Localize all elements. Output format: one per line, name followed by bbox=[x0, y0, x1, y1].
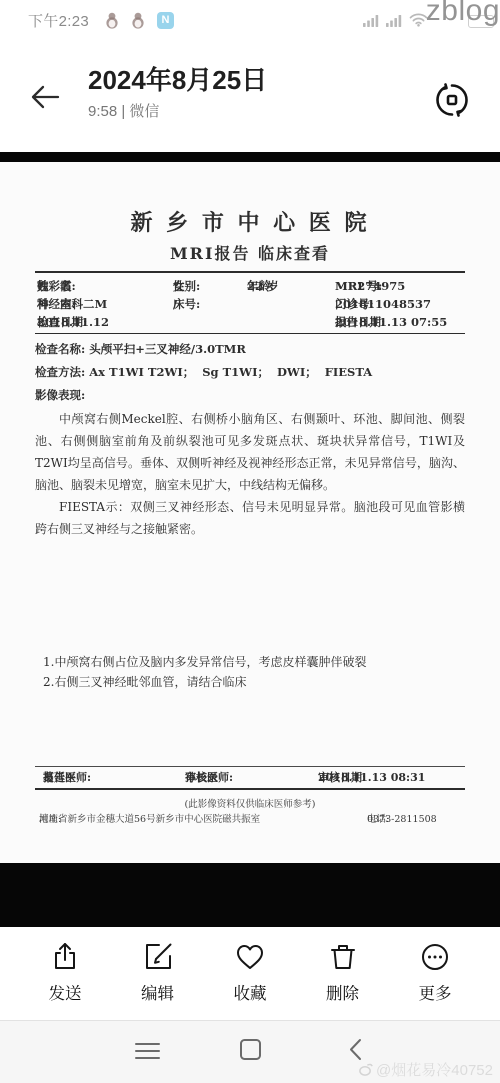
hospital-phone: 0373-2811508 bbox=[367, 813, 437, 827]
exam-method: Ax T1WI T2WI； Sg T1WI； DWI； FIESTA bbox=[89, 365, 372, 379]
favorite-label: 收藏 bbox=[234, 980, 267, 1004]
send-label: 发送 bbox=[49, 980, 82, 1004]
findings-paragraph: 中颅窝右侧Meckel腔、右侧桥小脑角区、右侧颞叶、环池、脚间池、侧裂池、右侧侧… bbox=[35, 408, 465, 496]
header-text: 2024年8月25日 9:58 | 微信 bbox=[88, 64, 267, 121]
cellular-signal-icon bbox=[363, 14, 380, 27]
patient-info: 姓 名: 魏彩霞 性别:女 年龄: 22 岁 MRI 号: MR274975 科… bbox=[35, 277, 465, 331]
hospital-name: 新 乡 市 中 心 医 院 bbox=[35, 206, 465, 237]
mri-no: MR274975 bbox=[335, 277, 405, 295]
conclusion-line: 2.右侧三叉神经毗邻血管，请结合临床 bbox=[43, 672, 465, 692]
report-document: 新 乡 市 中 心 医 院 MRI报告 临床查看 姓 名: 魏彩霞 性别:女 年… bbox=[0, 162, 500, 863]
rotate-button[interactable] bbox=[432, 80, 472, 120]
report-doctor: 葛延平 bbox=[43, 768, 76, 788]
chevron-left-icon bbox=[351, 1040, 360, 1059]
edit-button[interactable]: 编辑 bbox=[127, 942, 189, 1020]
header: 2024年8月25日 9:58 | 微信 bbox=[0, 40, 500, 152]
divider bbox=[35, 766, 465, 767]
patient-info-row: 科 室: 神经内科二M 床号:/ 门诊号: 201811048537 bbox=[35, 295, 465, 313]
send-button[interactable]: 发送 bbox=[34, 942, 96, 1020]
trash-icon bbox=[328, 942, 358, 972]
report-title: MRI报告 临床查看 bbox=[35, 241, 465, 264]
system-nav-bar: @烟花易冷40752 bbox=[0, 1020, 500, 1083]
status-right-icons bbox=[363, 13, 428, 27]
conclusions: 1.中颅窝右侧占位及脑内多发异常信号，考虑皮样囊肿伴破裂 2.右侧三叉神经毗邻血… bbox=[35, 652, 465, 692]
favorite-button[interactable]: 收藏 bbox=[219, 942, 281, 1020]
zblog-watermark: zblog bbox=[426, 0, 500, 28]
more-icon bbox=[420, 942, 450, 972]
clock-text: 下午2:23 bbox=[28, 10, 89, 31]
patient-age: 22 岁 bbox=[247, 277, 279, 295]
delete-label: 删除 bbox=[326, 980, 359, 1004]
conclusion-line: 1.中颅窝右侧占位及脑内多发异常信号，考虑皮样囊肿伴破裂 bbox=[43, 652, 465, 672]
address-row: 地址: 河南省新乡市金穗大道56号新乡市中心医院磁共振室 电话: 0373-28… bbox=[35, 813, 465, 827]
page-title: 2024年8月25日 bbox=[88, 64, 267, 96]
exam-name-label: 检查名称: bbox=[35, 342, 85, 356]
qq-penguin-icon bbox=[131, 12, 145, 29]
watermark-text: @烟花易冷40752 bbox=[376, 1059, 493, 1080]
phone-screen: 下午2:23 N bbox=[0, 0, 500, 1083]
more-label: 更多 bbox=[419, 980, 452, 1004]
patient-gender: 女 bbox=[173, 277, 185, 295]
exam-name-row: 检查名称:头颅平扫+三叉神经/3.0TMR bbox=[35, 342, 465, 357]
back-nav-button[interactable] bbox=[348, 1038, 363, 1061]
doctor-row: 报告医师: 葛延平 审核医师: 孙长录 审核日期: 2018.11.13 08:… bbox=[35, 768, 465, 788]
notification-icons: N bbox=[105, 12, 174, 29]
n-notification-icon: N bbox=[157, 12, 174, 29]
findings-paragraph: FIESTA示：双侧三叉神经形态、信号未见明显异常。脑池段可见血管影横跨右侧三叉… bbox=[35, 496, 465, 540]
exam-method-row: 检查方法:Ax T1WI T2WI； Sg T1WI； DWI； FIESTA bbox=[35, 365, 465, 380]
divider bbox=[35, 271, 465, 273]
disclaimer-text: (此影像资料仅供临床医师参考) bbox=[35, 796, 465, 810]
hamburger-icon bbox=[136, 1044, 159, 1058]
review-doctor: 孙长录 bbox=[185, 768, 218, 788]
share-icon bbox=[50, 942, 80, 972]
cellular-signal-icon bbox=[386, 14, 403, 27]
department: 神经内科二M bbox=[37, 295, 107, 313]
divider bbox=[35, 333, 465, 334]
divider bbox=[35, 788, 465, 790]
review-date: 2018.11.13 08:31 bbox=[318, 768, 425, 788]
photo-viewer[interactable]: 新 乡 市 中 心 医 院 MRI报告 临床查看 姓 名: 魏彩霞 性别:女 年… bbox=[0, 152, 500, 927]
bed-no: / bbox=[173, 295, 177, 313]
edit-label: 编辑 bbox=[141, 980, 174, 1004]
heart-icon bbox=[235, 942, 265, 972]
page-subtitle: 9:58 | 微信 bbox=[88, 100, 267, 121]
square-icon bbox=[241, 1040, 260, 1059]
findings-label: 影像表现: bbox=[35, 387, 465, 403]
exam-date: 2018.11.12 bbox=[37, 313, 109, 331]
hospital-address: 河南省新乡市金穗大道56号新乡市中心医院磁共振室 bbox=[39, 813, 260, 827]
exam-name: 头颅平扫+三叉神经/3.0TMR bbox=[89, 342, 246, 356]
home-button[interactable] bbox=[239, 1038, 262, 1061]
patient-info-row: 检查日期: 2018.11.12 报告日期: 2018.11.13 07:55 bbox=[35, 313, 465, 331]
more-button[interactable]: 更多 bbox=[404, 942, 466, 1020]
exam-method-label: 检查方法: bbox=[35, 365, 85, 379]
back-button[interactable] bbox=[30, 84, 60, 110]
outpatient-no: 201811048537 bbox=[335, 295, 431, 313]
watermark-logo-icon bbox=[358, 1062, 373, 1077]
toolbar: 发送 编辑 收藏 删除 更多 bbox=[0, 927, 500, 1020]
menu-button[interactable] bbox=[134, 1041, 161, 1061]
delete-button[interactable]: 删除 bbox=[312, 942, 374, 1020]
report-date: 2018.11.13 07:55 bbox=[335, 313, 447, 331]
weibo-watermark: @烟花易冷40752 bbox=[358, 1059, 493, 1080]
edit-icon bbox=[143, 942, 173, 972]
qq-penguin-icon bbox=[105, 12, 119, 29]
patient-info-row: 姓 名: 魏彩霞 性别:女 年龄: 22 岁 MRI 号: MR274975 bbox=[35, 277, 465, 295]
patient-name: 魏彩霞 bbox=[37, 277, 72, 295]
